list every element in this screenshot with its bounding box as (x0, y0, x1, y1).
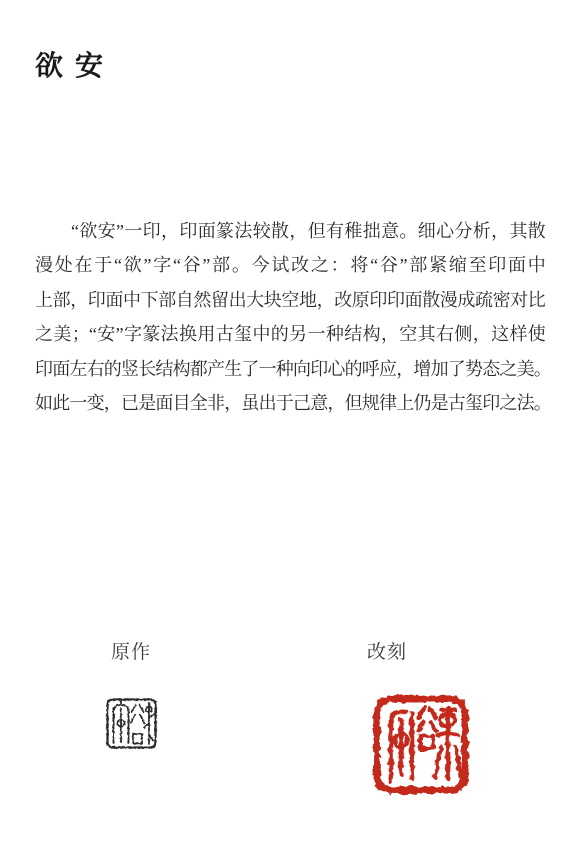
body-paragraph: “欲安”一印，印面篆法较散，但有稚拙意。细心分析，其散漫处在于“欲”字“谷”部。… (35, 214, 545, 420)
original-seal-image (103, 694, 161, 754)
paragraph-line: 印面左右的竖长结构都产生了一种向印心的呼应，增加了势态之美。 (35, 352, 545, 386)
black-seal-graphic (103, 694, 161, 754)
revised-seal-image (370, 691, 472, 799)
paragraph-line: 之美；“安”字篆法换用古玺中的另一种结构，空其右侧，这样使 (35, 317, 545, 351)
red-seal-graphic (370, 691, 472, 799)
paragraph-line: 漫处在于“欲”字“谷”部。今试改之：将“谷”部紧缩至印面中 (35, 248, 545, 282)
paragraph-line: 上部，印面中下部自然留出大块空地，改原印印面散漫成疏密对比 (35, 283, 545, 317)
caption-revised-seal: 改刻 (367, 637, 407, 664)
caption-original-seal: 原作 (111, 637, 151, 664)
page-title: 欲安 (35, 44, 115, 84)
paragraph-line: “欲安”一印，印面篆法较散，但有稚拙意。细心分析，其散 (35, 214, 545, 248)
paragraph-line: 如此一变，已是面目全非，虽出于己意，但规律上仍是古玺印之法。 (35, 386, 545, 420)
